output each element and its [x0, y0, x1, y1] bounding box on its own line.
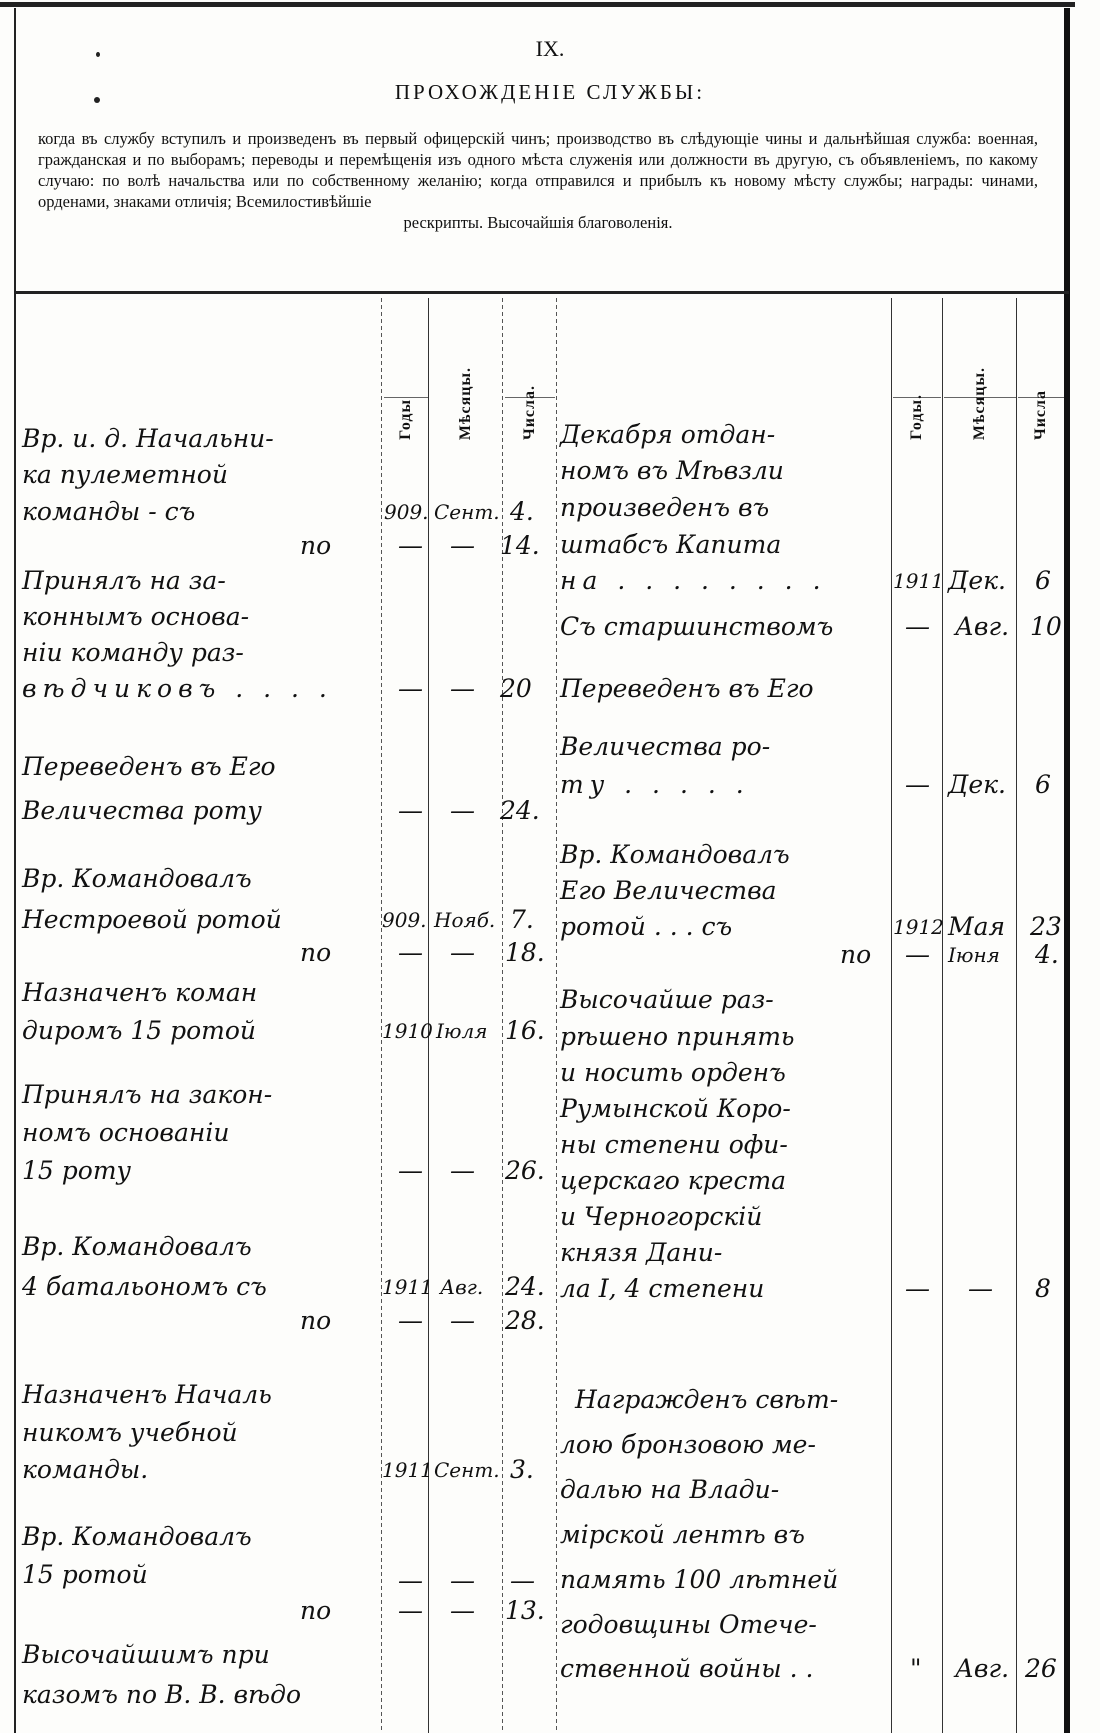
left-entry-text: Назначенъ коман — [22, 978, 257, 1008]
left-entry-month: — — [450, 1566, 475, 1596]
left-entry-day: 24. — [505, 1272, 545, 1302]
left-entry-text: никомъ учебной — [22, 1418, 238, 1448]
right-entry-year: " — [910, 1654, 922, 1684]
right-entry-text: князя Дани- — [560, 1238, 722, 1268]
right-entry-text: на . . . . . . . . — [560, 566, 827, 596]
left-entry-month: — — [450, 531, 475, 561]
left-entry-year: — — [398, 531, 423, 561]
right-entry-text: Румынской Коро- — [560, 1094, 791, 1124]
left-entry-month: Сент. — [434, 497, 500, 527]
right-col-years-header: Годы. — [893, 300, 941, 440]
left-entry-text: по — [300, 1306, 331, 1336]
left-entry-year: 1910 — [382, 1016, 433, 1046]
left-table-end — [556, 298, 557, 1733]
right-entry-text: Декабря отдан- — [560, 420, 775, 450]
right-entry-text: ственной войны . . — [560, 1654, 813, 1684]
top-border — [0, 2, 1075, 7]
left-entry-year: — — [398, 796, 423, 826]
left-entry-day: 18. — [505, 938, 545, 968]
right-entry-day: 10 — [1030, 612, 1062, 642]
right-col-days-header: Числа — [1018, 300, 1064, 440]
right-entry-text: Награжденъ свѣт- — [575, 1385, 838, 1415]
left-entry-year: — — [398, 1596, 423, 1626]
left-entry-text: команды. — [22, 1455, 148, 1485]
service-record-page: IX. ПРОХОЖДЕНІЕ СЛУЖБЫ: когда въ службу … — [0, 0, 1100, 1733]
left-entry-day: 24. — [500, 796, 540, 826]
right-entry-day: 8 — [1035, 1274, 1051, 1304]
left-entry-day: 4. — [510, 497, 534, 527]
left-entry-day: 28. — [505, 1306, 545, 1336]
right-entry-text: ротой . . . съ — [560, 912, 732, 942]
right-entry-text: рѣшено принять — [560, 1022, 795, 1052]
right-days-divider — [1016, 298, 1017, 1733]
left-col-months-header: Мѣсяцы. — [431, 300, 501, 440]
right-entry-day: 4. — [1035, 940, 1059, 970]
left-entry-day: 20 — [500, 674, 532, 704]
right-entry-year: — — [905, 612, 930, 642]
right-entry-year: — — [905, 1274, 930, 1304]
right-entry-month: Авг. — [955, 612, 1009, 642]
header-divider — [14, 291, 1069, 294]
right-entry-text: штабсъ Капита — [560, 530, 781, 560]
left-entry-day: 14. — [500, 531, 540, 561]
right-entry-text: годовщины Отече- — [560, 1610, 817, 1640]
left-entry-text: по — [300, 531, 331, 561]
left-entry-year: 1911 — [382, 1455, 433, 1485]
left-col-days-header: Числа. — [505, 300, 555, 440]
left-entry-text: Принялъ на за- — [22, 566, 226, 596]
left-entry-year: — — [398, 1306, 423, 1336]
left-entry-text: Принялъ на закон- — [22, 1080, 272, 1110]
right-entry-month: Авг. — [955, 1654, 1009, 1684]
right-entry-text: церскаго креста — [560, 1166, 786, 1196]
right-entry-day: 6 — [1035, 566, 1051, 596]
right-entry-text: по — [840, 940, 871, 970]
right-entry-text: и Черногорскій — [560, 1202, 762, 1232]
left-entry-text: по — [300, 1596, 331, 1626]
right-border — [1064, 8, 1070, 1733]
right-entry-text: Величества ро- — [560, 732, 770, 762]
left-entry-text: команды - съ — [22, 497, 195, 527]
left-entry-year: — — [398, 674, 423, 704]
section-description: когда въ службу вступилъ и произведенъ в… — [38, 128, 1038, 233]
right-entry-text: Переведенъ въ Его — [560, 674, 814, 704]
right-entry-text: Съ старшинствомъ — [560, 612, 833, 642]
left-entry-year: — — [398, 1566, 423, 1596]
left-entry-month: — — [450, 938, 475, 968]
left-entry-text: коннымъ основа- — [22, 602, 249, 632]
left-entry-year: — — [398, 1156, 423, 1186]
left-entry-text: вѣдчиковъ . . . . — [22, 674, 333, 704]
right-years-divider — [891, 298, 892, 1733]
left-entry-text: Нестроевой ротой — [22, 905, 282, 935]
left-entry-month: Сент. — [434, 1455, 500, 1485]
left-entry-year: 909. — [382, 905, 427, 935]
left-entry-text: Вр. Командовалъ — [22, 864, 252, 894]
left-entry-day: 7. — [510, 905, 534, 935]
left-entry-text: казомъ по В. В. вѣдо — [22, 1680, 301, 1710]
right-entry-day: 26 — [1025, 1654, 1057, 1684]
left-entry-text: диромъ 15 ротой — [22, 1016, 256, 1046]
left-entry-day: 16. — [505, 1016, 545, 1046]
section-title: ПРОХОЖДЕНІЕ СЛУЖБЫ: — [0, 80, 1100, 105]
left-entry-year: 1911 — [382, 1272, 433, 1302]
right-entry-year: 1912 — [893, 912, 944, 942]
left-entry-month: Іюля — [436, 1016, 487, 1046]
left-col-years-header: Годы — [384, 300, 428, 440]
right-entry-text: и носить орденъ — [560, 1058, 786, 1088]
left-entry-day: — — [510, 1566, 535, 1596]
right-entry-text: номъ въ Мѣвзли — [560, 456, 784, 486]
left-entry-text: 4 батальономъ съ — [22, 1272, 267, 1302]
right-entry-month: Дек. — [948, 566, 1006, 596]
left-entry-text: по — [300, 938, 331, 968]
right-entry-day: 6 — [1035, 770, 1051, 800]
left-entry-month: Нояб. — [434, 905, 495, 935]
left-entry-day: 26. — [505, 1156, 545, 1186]
left-entry-text: Высочайшимъ при — [22, 1640, 270, 1670]
left-entry-text: Величества роту — [22, 796, 262, 826]
left-entry-text: Переведенъ въ Его — [22, 752, 276, 782]
left-entry-text: номъ основаніи — [22, 1118, 229, 1148]
right-entry-month: Мая — [948, 912, 1005, 942]
right-entry-text: лою бронзовою ме- — [560, 1430, 816, 1460]
left-entry-month: — — [450, 674, 475, 704]
left-entry-text: Вр. Командовалъ — [22, 1522, 252, 1552]
right-entry-text: ны степени офи- — [560, 1130, 788, 1160]
left-entry-day: 13. — [505, 1596, 545, 1626]
right-entry-year: — — [905, 940, 930, 970]
left-entry-month: — — [450, 1156, 475, 1186]
right-entry-year: 1911 — [893, 566, 944, 596]
right-col-months-header: Мѣсяцы. — [944, 300, 1016, 440]
left-entry-text: ніи команду раз- — [22, 638, 244, 668]
left-entry-month: — — [450, 1596, 475, 1626]
left-entry-text: Вр. и. д. Начальни- — [22, 424, 274, 454]
right-entry-text: ту . . . . . — [560, 770, 750, 800]
right-entry-year: — — [905, 770, 930, 800]
right-months-divider — [942, 298, 943, 1733]
right-entry-text: Вр. Командовалъ — [560, 840, 790, 870]
right-entry-text: Его Величества — [560, 876, 777, 906]
left-entry-text: Назначенъ Началь — [22, 1380, 272, 1410]
description-last-line: рескрипты. Высочайшія благоволенія. — [38, 212, 1038, 233]
left-entry-month: — — [450, 796, 475, 826]
left-days-divider — [502, 298, 503, 1733]
description-text: когда въ службу вступилъ и произведенъ в… — [38, 129, 1038, 211]
left-entry-text: 15 роту — [22, 1156, 131, 1186]
right-entry-text: ла I, 4 степени — [560, 1274, 764, 1304]
left-entry-day: 3. — [510, 1455, 534, 1485]
right-entry-text: память 100 лѣтней — [560, 1565, 838, 1595]
left-entry-year: 909. — [384, 497, 429, 527]
right-entry-month: Іюня — [948, 940, 1000, 970]
left-entry-text: ка пулеметной — [22, 460, 228, 490]
right-entry-text: произведенъ въ — [560, 493, 769, 523]
right-entry-day: 23 — [1030, 912, 1062, 942]
left-border — [14, 8, 16, 1733]
left-entry-text: 15 ротой — [22, 1560, 148, 1590]
right-entry-month: Дек. — [948, 770, 1006, 800]
right-entry-month: — — [968, 1274, 993, 1304]
left-entry-month: — — [450, 1306, 475, 1336]
section-number: IX. — [0, 36, 1100, 62]
left-entry-month: Авг. — [440, 1272, 483, 1302]
left-entry-text: Вр. Командовалъ — [22, 1232, 252, 1262]
left-entry-year: — — [398, 938, 423, 968]
right-entry-text: далью на Влади- — [560, 1475, 779, 1505]
right-entry-text: мірской лентѣ въ — [560, 1520, 805, 1550]
right-entry-text: Высочайше раз- — [560, 985, 774, 1015]
